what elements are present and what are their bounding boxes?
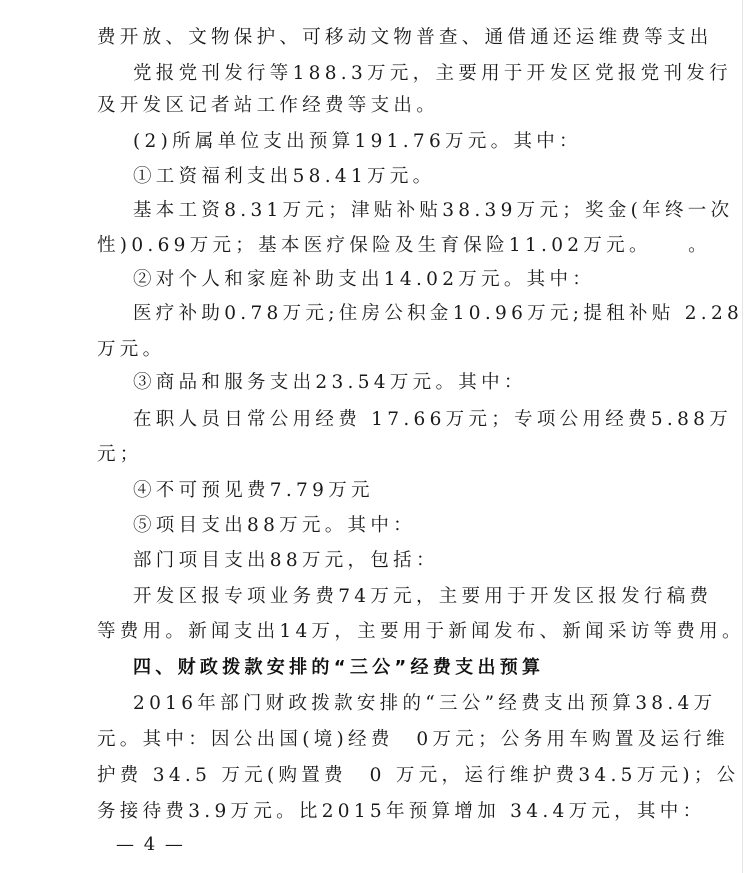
paragraph-line-reporter-station: 及开发区记者站工作经费等支出。 — [97, 91, 647, 121]
paragraph-line-medical-housing: 医疗补助0.78万元;住房公积金10.96万元;提租补贴 2.28 — [133, 299, 647, 329]
document-page: 费开放、文物保护、可移动文物普查、通借通还运维费等支出 党报党刊发行等188.3… — [0, 0, 744, 873]
paragraph-line-bonus-insurance: 性)0.69万元；基本医疗保险及生育保险11.02万元。 。 — [97, 231, 647, 261]
paragraph-line-yuan: 元； — [97, 440, 647, 470]
paragraph-line-2016-budget: 2016年部门财政拨款安排的“三公”经费支出预算38.4万 — [133, 689, 647, 719]
paragraph-line-department-projects: 部门项目支出88万元，包括： — [133, 546, 647, 576]
paragraph-line-overseas-vehicles: 元。其中：因公出国(境)经费 0万元；公务用车购置及运行维 — [97, 725, 647, 755]
item-5-project-expenditure: ⑤项目支出88万元。其中： — [133, 511, 647, 541]
paragraph-line-basic-wages: 基本工资8.31万元；津贴补贴38.39万元；奖金(年终一次 — [133, 196, 647, 226]
paragraph-line-reception-increase: 务接待费3.9万元。比2015年预算增加 34.4万元，其中： — [97, 797, 647, 827]
item-4-contingency: ④不可预见费7.79万元 — [133, 476, 647, 506]
paragraph-line-wanyuan: 万元。 — [97, 335, 647, 365]
item-1-wages-welfare: ①工资福利支出58.41万元。 — [133, 162, 647, 192]
paragraph-line-news-expenses: 等费用。新闻支出14万，主要用于新闻发布、新闻采访等费用。 — [97, 617, 647, 647]
section-heading-three-public-expenses: 四、财政拨款安排的“三公”经费支出预算 — [133, 653, 647, 683]
paragraph-line-dev-zone-paper: 开发区报专项业务费74万元，主要用于开发区报发行稿费 — [133, 582, 647, 612]
paragraph-line-maintenance: 护费 34.5 万元(购置费 0 万元，运行维护费34.5万元)；公 — [97, 761, 647, 791]
paragraph-line-continuation-cultural-expenses: 费开放、文物保护、可移动文物普查、通借通还运维费等支出 — [97, 23, 647, 53]
page-number: — 4 — — [116, 830, 185, 860]
item-2-family-subsidy: ②对个人和家庭补助支出14.02万元。其中： — [133, 265, 647, 295]
paragraph-line-public-funds: 在职人员日常公用经费 17.66万元；专项公用经费5.88万 — [133, 405, 647, 435]
item-3-goods-services: ③商品和服务支出23.54万元。其中： — [133, 368, 647, 398]
page-edge-divider — [742, 0, 743, 873]
paragraph-line-party-newspaper: 党报党刊发行等188.3万元，主要用于开发区党报党刊发行 — [133, 59, 647, 89]
subsection-affiliated-units-budget: (2)所属单位支出预算191.76万元。其中： — [133, 127, 647, 157]
